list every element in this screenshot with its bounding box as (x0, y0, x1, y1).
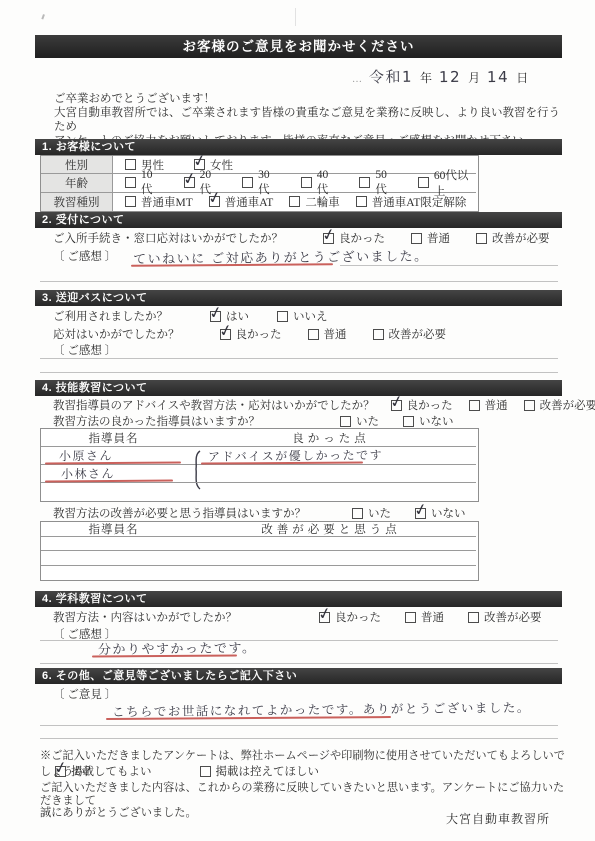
instructor-name-cell (41, 483, 186, 501)
option-needs-improvement: 改善が必要 (524, 397, 595, 413)
option-mt: 普通車MT (125, 194, 193, 210)
option-inai: いない (415, 505, 466, 521)
col-header-instructor-name: 指導員名 (41, 429, 186, 447)
checkbox (415, 508, 426, 519)
reception-question-line: ご入所手続き・窓口応対はいかがでしたか？ 良かった 普通 改善が必要 (53, 230, 550, 246)
option-label: 普通車MT (141, 194, 193, 210)
handwritten-day: 14 (487, 68, 509, 86)
option-label: 普通 (427, 230, 450, 246)
section-5-header: 4. 学科教習について (35, 591, 562, 607)
instructor-name-cell (41, 551, 186, 566)
good-instructor-question-line: 教習方法の良かった指導員はいますか？ いた いない (53, 413, 454, 429)
bus-service-question-line: 応対はいかがでしたか？ 良かった 普通 改善が必要 (53, 326, 446, 342)
option-label: 普通 (324, 326, 347, 342)
checkbox (308, 329, 319, 340)
checkbox (301, 177, 312, 188)
option-ita: いた (340, 413, 379, 429)
option-label: 改善が必要 (389, 326, 447, 342)
good-point-cell: アドバイスが優しかったです (186, 447, 476, 465)
school-signature: 大宮自動車教習所 (446, 810, 550, 827)
row-label-gender: 性別 (41, 156, 113, 174)
option-label: 普通車AT (225, 194, 274, 210)
ruled-line (40, 372, 558, 373)
option-good: 良かった (323, 230, 385, 246)
option-label: 普通車AT限定解除 (372, 194, 467, 210)
month-label: 月 (468, 69, 480, 86)
checkbox (220, 329, 231, 340)
ruled-line (340, 265, 558, 266)
date-line: … 令和1 年 12 月 14 日 (352, 66, 528, 87)
dotted-line: … (352, 74, 362, 85)
checkbox (323, 233, 334, 244)
checkbox (125, 177, 136, 188)
checkbox (200, 766, 211, 777)
checkbox (289, 196, 300, 207)
good-point-cell (186, 465, 476, 483)
checkbox (352, 508, 363, 519)
col-header-improve-points: 改善が必要と思う点 (186, 522, 476, 537)
option-normal: 普通 (469, 397, 508, 413)
intro-line: ご卒業おめでとうございます！ (54, 92, 560, 106)
checkbox (209, 196, 220, 207)
option-normal: 普通 (405, 609, 444, 625)
instructor-name-cell (41, 566, 186, 581)
good-instructor-table: 指導員名 良かった点 小原さん アドバイスが優しかったです 小林さん (40, 428, 479, 502)
col-header-instructor-name: 指導員名 (41, 522, 186, 537)
improve-instructor-table: 指導員名 改善が必要と思う点 (40, 521, 479, 581)
handwritten-era-year: 令和1 (369, 66, 413, 87)
option-motorcycle: 二輪車 (289, 194, 340, 210)
option-ita: いた (352, 505, 391, 521)
form-title-bar: お客様のご意見をお聞かせください (35, 35, 562, 58)
option-inai: いない (403, 413, 454, 429)
option-no: いいえ (277, 308, 328, 324)
improve-point-cell (186, 537, 476, 552)
option-label: 良かった (407, 397, 453, 413)
section-4-header: 4. 技能教習について (35, 380, 562, 396)
academic-question-line: 教習方法・内容はいかがでしたか？ 良かった 普通 改善が必要 (53, 609, 542, 625)
ruled-line (40, 738, 558, 739)
question-text: ご入所手続き・窓口応対はいかがでしたか？ (53, 230, 283, 246)
option-label: 良かった (236, 326, 282, 342)
option-label: 改善が必要 (492, 230, 550, 246)
question-text: 教習指導員のアドバイスや教習方法・応対はいかがでしたか？ (53, 397, 375, 413)
option-label: 良かった (339, 230, 385, 246)
checkbox (418, 177, 429, 188)
instructor-name-cell: 小原さん (41, 447, 186, 465)
ruled-line (40, 358, 558, 359)
checkbox (403, 416, 414, 427)
red-underline (45, 480, 173, 483)
option-normal: 普通 (411, 230, 450, 246)
question-text: ご利用されましたか？ (53, 308, 168, 324)
improve-instructor-question-line: 教習方法の改善が必要と思う指導員はいますか？ いた いない (53, 505, 466, 521)
checkbox (476, 233, 487, 244)
row-label-course-type: 教習種別 (41, 193, 113, 211)
option-needs-improvement: 改善が必要 (373, 326, 447, 342)
option-label: いた (368, 505, 391, 521)
checkbox (319, 612, 330, 623)
good-point-cell (186, 483, 476, 501)
option-label: いた (356, 413, 379, 429)
improve-point-cell (186, 566, 476, 581)
option-needs-improvement: 改善が必要 (468, 609, 542, 625)
checkbox (356, 196, 367, 207)
option-normal: 普通 (308, 326, 347, 342)
instructor-name-cell (41, 537, 186, 552)
option-label: いない (419, 413, 454, 429)
option-at-limit-release: 普通車AT限定解除 (356, 194, 467, 210)
col-header-good-points: 良かった点 (186, 429, 476, 447)
comment-label: 〔 ご感想 〕 (53, 248, 116, 264)
age-options-row: 10代 20代 30代 40代 50代 60代以上 (113, 174, 476, 192)
checkbox (411, 233, 422, 244)
question-text: 教習方法の良かった指導員はいますか？ (53, 413, 260, 429)
handwritten-month: 12 (439, 68, 461, 86)
option-label: 普通 (485, 397, 508, 413)
row-label-age: 年齢 (41, 174, 113, 192)
checkbox (373, 329, 384, 340)
checkbox (391, 400, 402, 411)
option-good: 良かった (220, 326, 282, 342)
option-label: 掲載は控えてほしい (216, 763, 320, 779)
option-needs-improvement: 改善が必要 (476, 230, 550, 246)
section-2-header: 2. 受付について (35, 212, 562, 228)
improve-point-cell (186, 551, 476, 566)
section-title: 6. その他、ご意見等ございましたらご記入下さい (42, 670, 297, 682)
publication-permission-options: 掲載してもよい 掲載は控えてほしい (55, 763, 319, 779)
ruled-line (40, 281, 558, 282)
checkbox (405, 612, 416, 623)
option-allow-publication: 掲載してもよい (55, 763, 152, 779)
section-title: 4. 技能教習について (42, 382, 148, 394)
question-text: 応対はいかがでしたか？ (53, 326, 180, 342)
checkbox (468, 612, 479, 623)
checkbox (277, 311, 288, 322)
option-good: 良かった (319, 609, 381, 625)
option-good: 良かった (391, 397, 453, 413)
option-label: 二輪車 (305, 194, 340, 210)
section-title: 4. 学科教習について (42, 593, 148, 605)
option-label: いいえ (293, 308, 328, 324)
checkbox (340, 416, 351, 427)
ruled-line (40, 663, 558, 664)
checkbox (242, 177, 253, 188)
option-label: 掲載してもよい (71, 763, 152, 779)
checkbox (359, 177, 370, 188)
option-at: 普通車AT (209, 194, 274, 210)
comment-label: 〔 ご感想 〕 (53, 342, 116, 358)
checkbox (524, 400, 535, 411)
checkbox (210, 311, 221, 322)
course-type-options-row: 普通車MT 普通車AT 二輪車 普通車AT限定解除 (113, 193, 476, 211)
option-label: 改善が必要 (540, 397, 595, 413)
section-3-header: 3. 送迎バスについて (35, 290, 562, 306)
option-label: 改善が必要 (484, 609, 542, 625)
instructor-name-cell: 小林さん (41, 465, 186, 483)
scan-artifact (295, 8, 296, 26)
bus-usage-question-line: ご利用されましたか？ はい いいえ (53, 308, 328, 324)
scan-artifact (41, 14, 48, 21)
day-label: 日 (516, 69, 528, 86)
checkbox (469, 400, 480, 411)
instructor-advice-question-line: 教習指導員のアドバイスや教習方法・応対はいかがでしたか？ 良かった 普通 改善が… (53, 397, 595, 413)
section-title: 2. 受付について (42, 214, 125, 226)
section-title: 3. 送迎バスについて (42, 292, 148, 304)
option-label: いない (431, 505, 466, 521)
closing-line: ご記入いただきました内容は、これからの業務に反映していきたいと思います。アンケー… (40, 782, 565, 807)
checkbox (125, 196, 136, 207)
ruled-line (40, 725, 558, 726)
question-text: 教習方法・内容はいかがでしたか？ (53, 609, 237, 625)
customer-info-table: 性別 男性 女性 年齢 10代 20代 30代 40代 50代 60代以上 教習… (40, 155, 479, 212)
checkbox (55, 766, 66, 777)
section-6-header: 6. その他、ご意見等ございましたらご記入下さい (35, 668, 562, 684)
question-text: 教習方法の改善が必要と思う指導員はいますか？ (53, 505, 306, 521)
checkbox (184, 177, 195, 188)
form-title: お客様のご意見をお聞かせください (183, 39, 415, 54)
section-title: 1. お客様について (42, 141, 136, 153)
comment-label: 〔 ご意見 〕 (53, 686, 116, 702)
option-decline-publication: 掲載は控えてほしい (200, 763, 320, 779)
section-1-header: 1. お客様について (35, 139, 562, 155)
option-label: 良かった (335, 609, 381, 625)
option-label: 普通 (421, 609, 444, 625)
year-label: 年 (420, 69, 432, 86)
intro-line: 大宮自動車教習所では、ご卒業されます皆様の貴重なご意見を業務に反映し、より良い教… (54, 106, 560, 134)
